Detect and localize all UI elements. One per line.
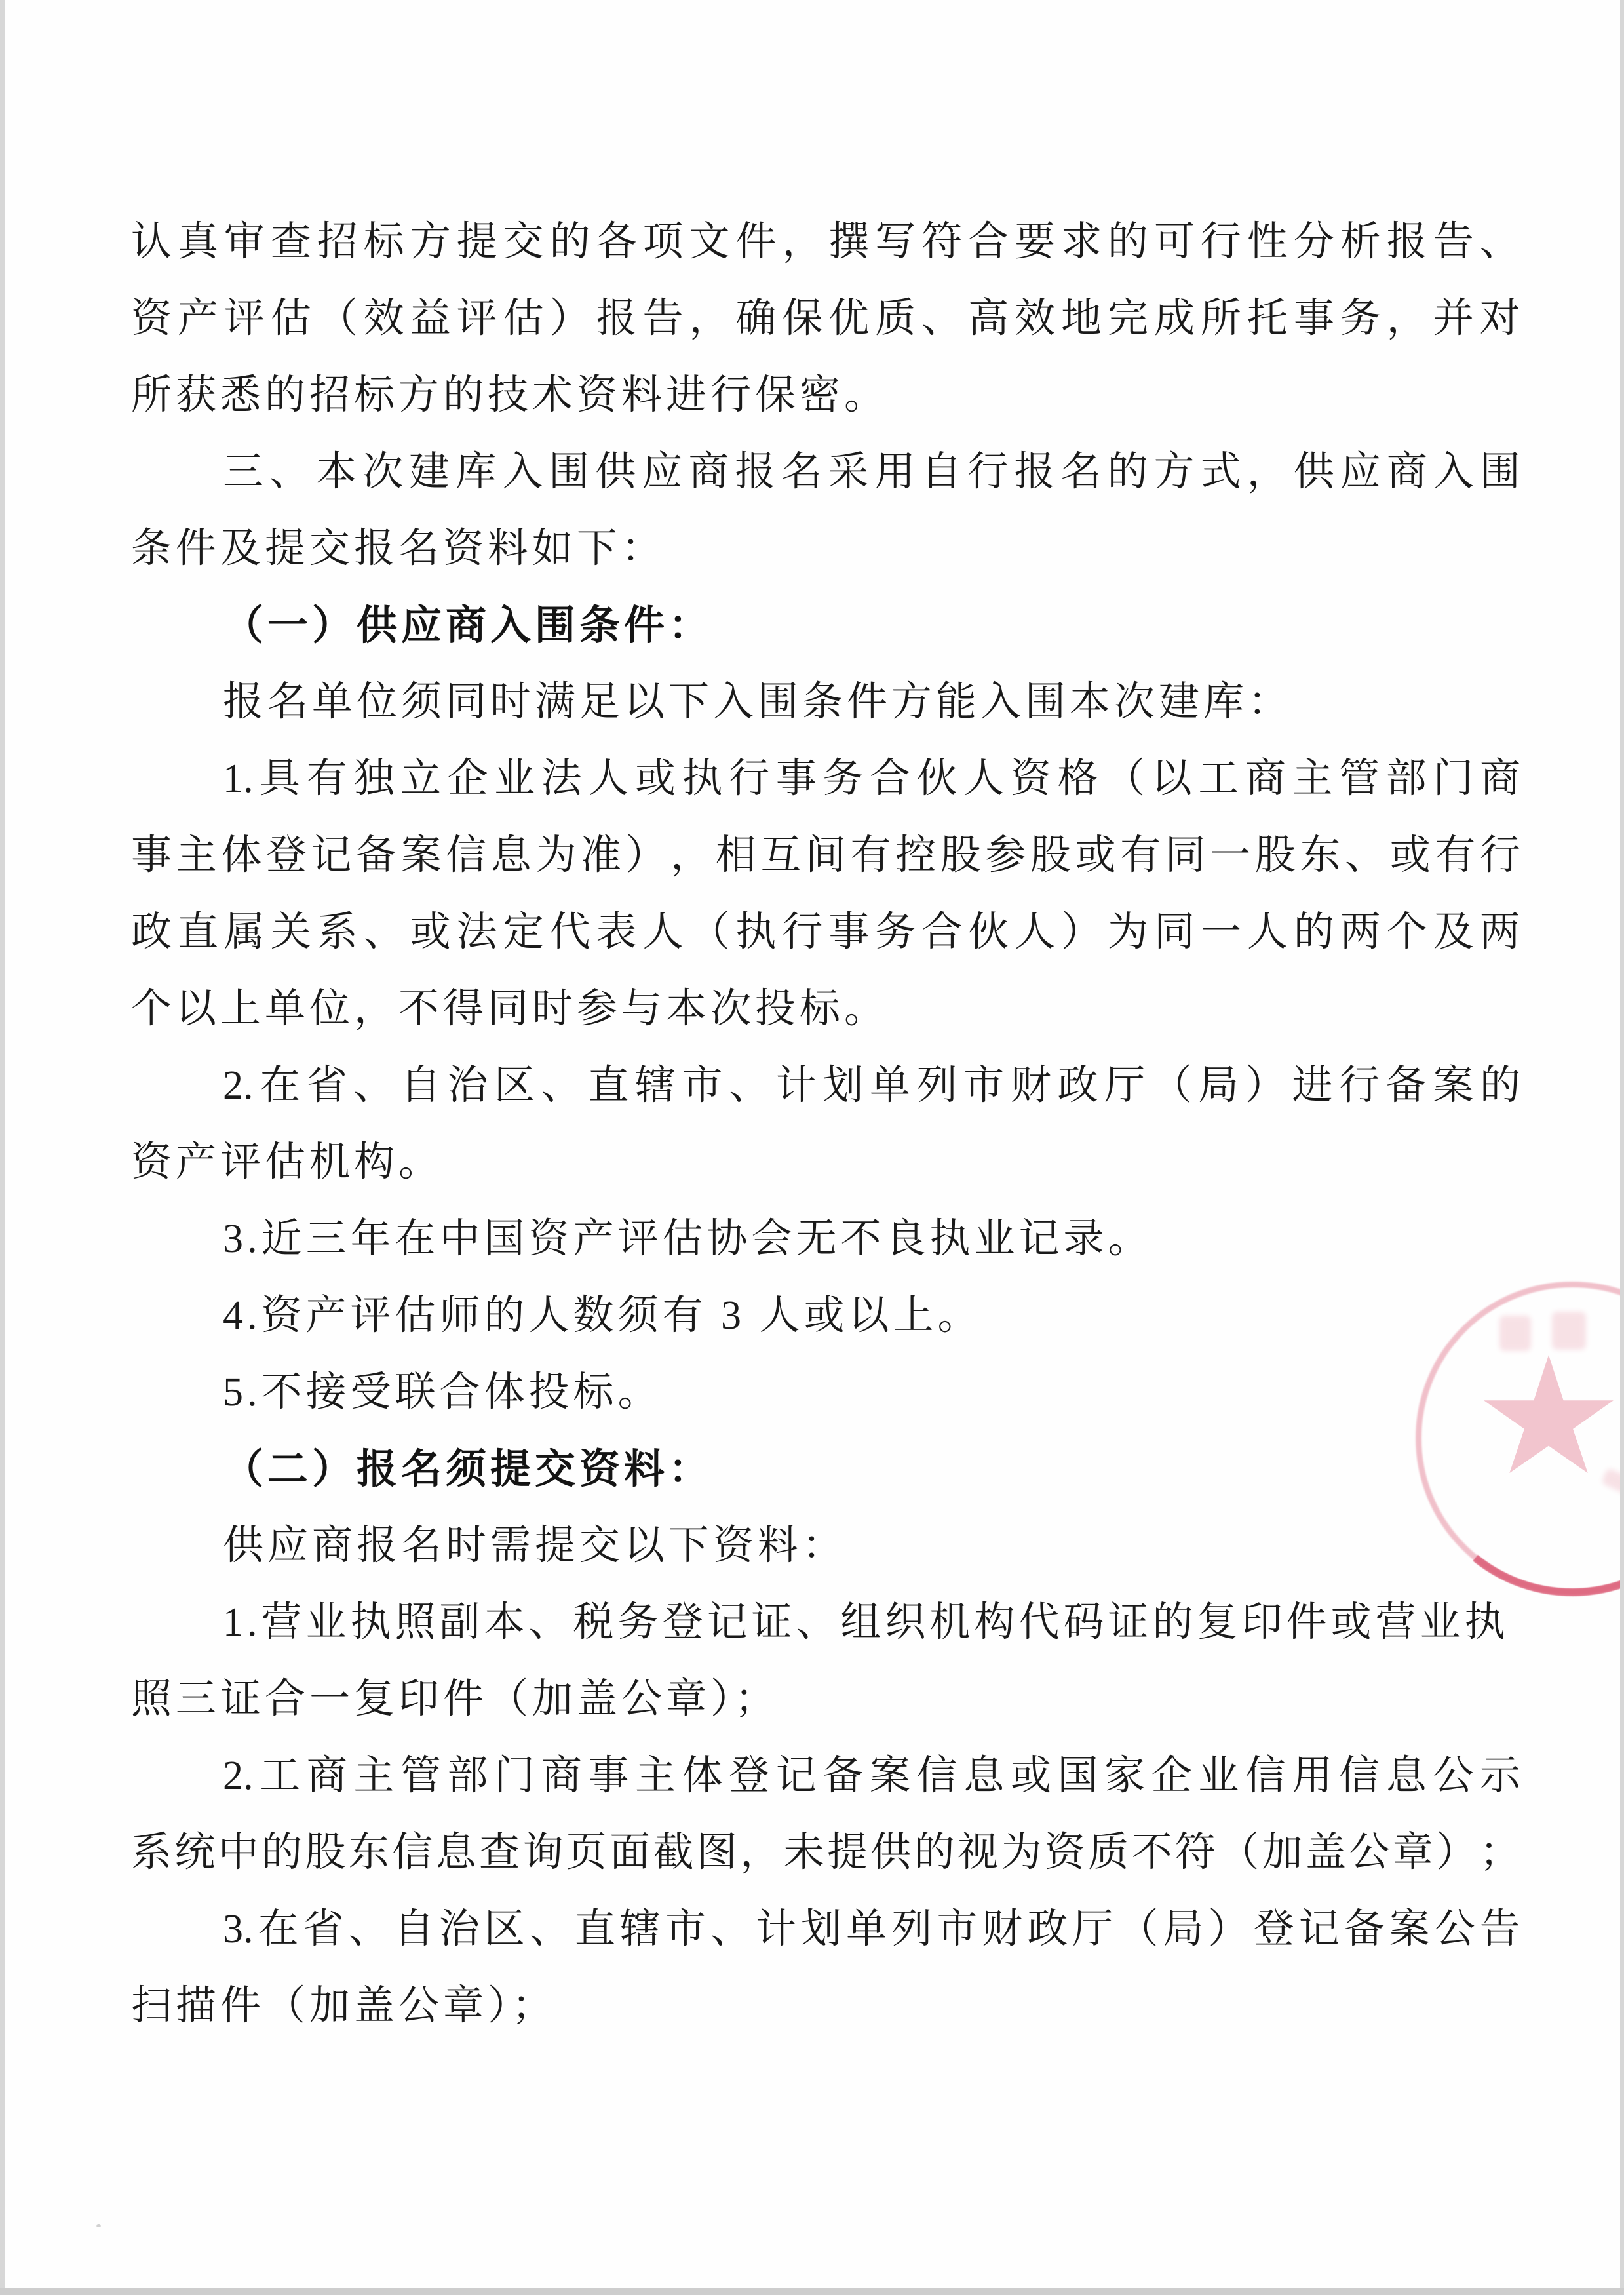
text-line: 5.不接受联合体投标。 [131, 1354, 1520, 1431]
text-line: 所获悉的招标方的技术资料进行保密。 [131, 357, 1520, 434]
section-heading-line: （二）报名须提交资料： [131, 1431, 1520, 1508]
text-line: 照三证合一复印件（加盖公章）； [131, 1661, 1520, 1738]
text-line: 报名单位须同时满足以下入围条件方能入围本次建库： [131, 664, 1520, 741]
official-seal [1416, 1282, 1624, 1595]
scan-edge-right [1620, 0, 1624, 2295]
text-line: 事主体登记备案信息为准），相互间有控股参股或有同一股东、或有行 [131, 817, 1520, 894]
text-line: 3.近三年在中国资产评估协会无不良执业记录。 [131, 1201, 1520, 1278]
text-line: 三、本次建库入围供应商报名采用自行报名的方式，供应商入围 [131, 434, 1520, 511]
text-line: 认真审查招标方提交的各项文件，撰写符合要求的可行性分析报告、 [131, 204, 1520, 281]
text-line: 扫描件（加盖公章）； [131, 1968, 1520, 2045]
scan-speck [96, 2224, 101, 2227]
text-line: 资产评估机构。 [131, 1124, 1520, 1201]
text-line: 1.具有独立企业法人或执行事务合伙人资格（以工商主管部门商 [131, 741, 1520, 817]
document-page: 认真审查招标方提交的各项文件，撰写符合要求的可行性分析报告、资产评估（效益评估）… [0, 0, 1624, 2295]
text-line: 个以上单位，不得同时参与本次投标。 [131, 971, 1520, 1048]
text-line: 2.在省、自治区、直辖市、计划单列市财政厅（局）进行备案的 [131, 1048, 1520, 1124]
seal-faint-mark [1499, 1316, 1531, 1351]
text-line: 4.资产评估师的人数须有 3 人或以上。 [131, 1278, 1520, 1354]
text-line: 政直属关系、或法定代表人（执行事务合伙人）为同一人的两个及两 [131, 894, 1520, 971]
scan-edge-bottom [0, 2288, 1624, 2295]
text-line: 系统中的股东信息查询页面截图，未提供的视为资质不符（加盖公章）； [131, 1814, 1520, 1891]
seal-faint-mark [1552, 1312, 1586, 1350]
text-line: 条件及提交报名资料如下： [131, 511, 1520, 587]
text-line: 3.在省、自治区、直辖市、计划单列市财政厅（局）登记备案公告 [131, 1891, 1520, 1968]
text-line: 1.营业执照副本、税务登记证、组织机构代码证的复印件或营业执 [131, 1584, 1520, 1661]
text-line: 2.工商主管部门商事主体登记备案信息或国家企业信用信息公示 [131, 1738, 1520, 1814]
text-line: 资产评估（效益评估）报告，确保优质、高效地完成所托事务，并对 [131, 281, 1520, 357]
document-body: 认真审查招标方提交的各项文件，撰写符合要求的可行性分析报告、资产评估（效益评估）… [131, 204, 1520, 2045]
section-heading-line: （一）供应商入围条件： [131, 587, 1520, 664]
text-line: 供应商报名时需提交以下资料： [131, 1508, 1520, 1584]
scan-edge-left [0, 0, 5, 2295]
